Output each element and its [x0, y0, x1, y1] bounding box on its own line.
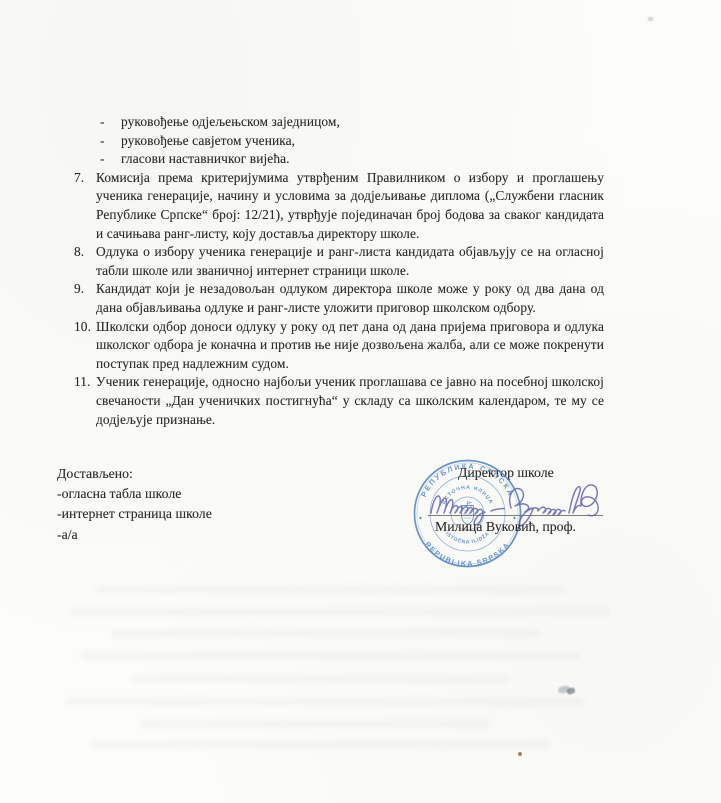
numbered-item-9: 9. Кандидат који је незадовољан одлуком …: [74, 280, 604, 317]
delivered-block: Достављено: -огласна табла школе -интерн…: [57, 464, 212, 545]
bullet-text: руковођење одјељењском заједницом,: [121, 113, 340, 132]
item-text: Одлука о избору ученика генерације и ран…: [96, 243, 604, 280]
bullet-item: руковођење одјељењском заједницом,: [100, 113, 604, 132]
item-number: 8.: [74, 243, 96, 280]
bullet-dash-icon: [100, 132, 121, 151]
delivered-title: Достављено:: [57, 464, 212, 484]
delivered-item: -огласна табла школе: [57, 484, 212, 504]
bleed-through-artifact: [110, 629, 540, 638]
bullet-item: гласови наставничког вијећа.: [100, 150, 604, 169]
item-number: 7.: [74, 169, 96, 243]
bullet-item: руковођење савјетом ученика,: [100, 132, 604, 151]
item-text: Комисија према критеријумима утврђеним П…: [96, 169, 604, 243]
bullet-text: руковођење савјетом ученика,: [121, 132, 295, 151]
scan-speck: [518, 752, 522, 756]
bleed-through-artifact: [70, 607, 610, 616]
bleed-through-artifact: [140, 719, 490, 728]
item-number: 9.: [74, 280, 96, 317]
numbered-item-11: 11. Ученик генерације, односно најбољи у…: [74, 373, 604, 429]
bullet-text: гласови наставничког вијећа.: [121, 150, 290, 169]
numbered-item-8: 8. Одлука о избору ученика генерације и …: [74, 243, 604, 280]
item-text: Ученик генерације, односно најбољи учени…: [96, 373, 604, 429]
director-name: Милица Вуковић, проф.: [435, 519, 576, 535]
document-body: руковођење одјељењском заједницом, руков…: [74, 113, 604, 429]
bullet-dash-icon: [100, 113, 121, 132]
stamp-separator-dot: [419, 517, 421, 519]
bullet-dash-icon: [100, 150, 121, 169]
delivered-item: -интернет страница школе: [57, 504, 212, 524]
bleed-through-artifact: [95, 585, 565, 594]
item-number: 10.: [74, 318, 96, 374]
bleed-through-artifact: [130, 674, 510, 683]
delivered-item: -а/а: [57, 525, 212, 545]
item-number: 11.: [74, 373, 96, 429]
item-text: Школски одбор доноси одлуку у року од пе…: [96, 318, 604, 374]
bleed-through-artifact: [90, 740, 550, 749]
item-text: Кандидат који је незадовољан одлуком дир…: [96, 280, 604, 317]
signature-connector: [491, 509, 504, 512]
signature-flourish: [569, 485, 598, 516]
bleed-through-artifact: [65, 697, 585, 706]
numbered-item-7: 7. Комисија према критеријумима утврђени…: [74, 169, 604, 243]
scan-speck: [648, 17, 653, 21]
bleed-through-artifact: [80, 651, 580, 660]
numbered-item-10: 10. Школски одбор доноси одлуку у року о…: [74, 318, 604, 374]
